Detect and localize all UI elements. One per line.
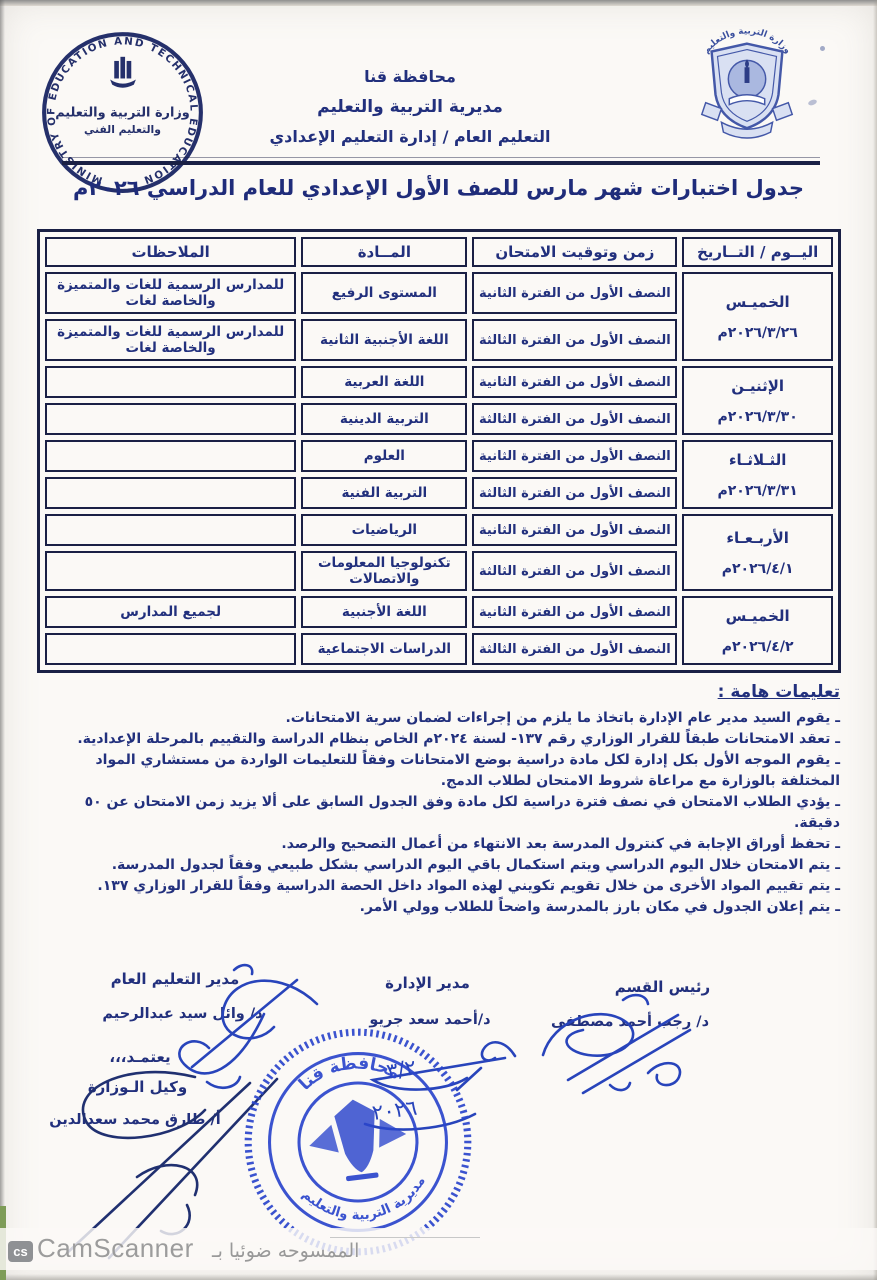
exam-subject-cell: اللغة الأجنبية [301, 596, 467, 628]
exam-subject-cell: التربية الدينية [301, 403, 467, 435]
exam-notes-cell: للمدارس الرسمية للغات والمتميزة والخاصة … [45, 272, 296, 314]
exam-subject-cell: تكنولوجيا المعلومات والاتصالات [301, 551, 467, 591]
seal-center-text: وزارة التربية والتعليم [55, 106, 190, 121]
exam-time-cell: النصف الأول من الفترة الثالثة [472, 551, 677, 591]
seal-center-text-2: والتعليم الفني [84, 123, 161, 136]
svg-text:محافظة قنا: محافظة قنا [293, 1048, 406, 1096]
col-header-notes: الملاحظات [45, 237, 296, 267]
stamp-top-arc-text: محافظة قنا [293, 1048, 406, 1096]
exam-time-cell: النصف الأول من الفترة الثالثة [472, 633, 677, 665]
exam-row: الأربـعـاء٢٠٢٦/٤/١مالنصف الأول من الفترة… [45, 514, 833, 546]
exam-notes-cell: لجميع المدارس [45, 596, 296, 628]
camscanner-brand-text: CamScanner [37, 1233, 194, 1264]
exam-time-cell: النصف الأول من الفترة الثانية [472, 514, 677, 546]
exam-row: الثـلاثـاء٢٠٢٦/٣/٣١مالنصف الأول من الفتر… [45, 440, 833, 472]
exam-time-cell: النصف الأول من الفترة الثالثة [472, 477, 677, 509]
scan-edge-left [0, 0, 5, 1280]
ministry-emblem-logo: وزارة التربية والتعليم [688, 20, 806, 144]
sig-title-directorate-manager: مدير الإدارة [355, 974, 500, 992]
exam-notes-cell [45, 633, 296, 665]
day-date: ٢٠٢٦/٣/٣٠م [687, 409, 828, 425]
exam-time-cell: النصف الأول من الفترة الثانية [472, 366, 677, 398]
scan-edge-right [873, 0, 877, 1280]
exam-time-cell: النصف الأول من الفترة الثالثة [472, 403, 677, 435]
day-date-cell: الثـلاثـاء٢٠٢٦/٣/٣١م [682, 440, 833, 509]
instruction-item: ـ تعقد الامتحانات طبقاً للقرار الوزاري ر… [40, 729, 840, 750]
instruction-item: ـ يتم إعلان الجدول في مكان بارز بالمدرسة… [40, 897, 840, 918]
exam-time-cell: النصف الأول من الفترة الثانية [472, 272, 677, 314]
col-header-subject: المــادة [301, 237, 467, 267]
exam-notes-cell [45, 514, 296, 546]
seal-eagle-icon [110, 57, 136, 88]
exam-notes-cell [45, 403, 296, 435]
department-line: التعليم العام / إدارة التعليم الإعدادي [235, 122, 585, 152]
signature-department-head [528, 985, 718, 1115]
exam-time-cell: النصف الأول من الفترة الثانية [472, 596, 677, 628]
scan-edge-top [0, 0, 877, 6]
day-name: الأربـعـاء [687, 529, 828, 547]
day-date: ٢٠٢٦/٣/٣١م [687, 483, 828, 499]
scan-edge-bottom [0, 1274, 877, 1280]
day-date-cell: الأربـعـاء٢٠٢٦/٤/١م [682, 514, 833, 591]
instruction-item: ـ يقوم الموجه الأول بكل إدارة لكل مادة د… [40, 750, 840, 792]
day-date-cell: الخميـس٢٠٢٦/٤/٢م [682, 596, 833, 665]
exam-schedule-table-wrap: اليــوم / التــاريخ زمن وتوقيت الامتحان … [37, 229, 841, 673]
camscanner-arabic-text: الممسوحه ضوئيا بـ [212, 1240, 359, 1262]
exam-notes-cell [45, 477, 296, 509]
exam-time-cell: النصف الأول من الفترة الثالثة [472, 319, 677, 361]
pen-mark [820, 46, 825, 51]
day-name: الثـلاثـاء [687, 451, 828, 469]
instruction-item: ـ تحفظ أوراق الإجابة في كنترول المدرسة ب… [40, 834, 840, 855]
day-name: الخميـس [687, 607, 828, 625]
day-date: ٢٠٢٦/٣/٢٦م [687, 325, 828, 341]
exam-row: الخميـس٢٠٢٦/٣/٢٦مالنصف الأول من الفترة ا… [45, 272, 833, 314]
exam-subject-cell: اللغة العربية [301, 366, 467, 398]
exam-subject-cell: الرياضيات [301, 514, 467, 546]
exam-notes-cell: للمدارس الرسمية للغات والمتميزة والخاصة … [45, 319, 296, 361]
emblem-shield-icon [702, 44, 792, 138]
exam-subject-cell: اللغة الأجنبية الثانية [301, 319, 467, 361]
instruction-item: ـ يتم الامتحان خلال اليوم الدراسي ويتم ا… [40, 855, 840, 876]
camscanner-logo-icon: cs [8, 1241, 33, 1262]
divider [62, 161, 820, 165]
day-name: الإثنيـن [687, 377, 828, 395]
directorate-line: مديرية التربية والتعليم [235, 92, 585, 122]
exam-subject-cell: التربية الفنية [301, 477, 467, 509]
exam-notes-cell [45, 366, 296, 398]
table-header-row: اليــوم / التــاريخ زمن وتوقيت الامتحان … [45, 237, 833, 267]
exam-notes-cell [45, 551, 296, 591]
header-org-block: محافظة قنا مديرية التربية والتعليم التعل… [235, 62, 585, 152]
day-date-cell: الخميـس٢٠٢٦/٣/٢٦م [682, 272, 833, 361]
instructions-heading: تعليمات هامة : [40, 682, 840, 702]
page-title: جدول اختبارات شهر مارس للصف الأول الإعدا… [40, 176, 837, 200]
col-header-time: زمن وتوقيت الامتحان [472, 237, 677, 267]
divider-echo [62, 157, 820, 158]
exam-row: الخميـس٢٠٢٦/٤/٢مالنصف الأول من الفترة ال… [45, 596, 833, 628]
exam-subject-cell: المستوى الرفيع [301, 272, 467, 314]
day-date: ٢٠٢٦/٤/٢م [687, 639, 828, 655]
exam-subject-cell: العلوم [301, 440, 467, 472]
instructions-section: تعليمات هامة : ـ يقوم السيد مدير عام الإ… [40, 682, 840, 918]
stamp-eagle-icon [304, 1094, 411, 1186]
exam-row: الإثنيـن٢٠٢٦/٣/٣٠مالنصف الأول من الفترة … [45, 366, 833, 398]
ministry-seal-logo: MINISTRY OF EDUCATION AND TECHNICAL EDUC… [40, 30, 205, 195]
watermark-line [330, 1237, 480, 1238]
instruction-item: ـ يقوم السيد مدير عام الإدارة باتخاذ ما … [40, 708, 840, 729]
instruction-item: ـ يتم تقييم المواد الأخرى من خلال تقويم … [40, 876, 840, 897]
governorate-line: محافظة قنا [235, 62, 585, 92]
instruction-item: ـ يؤدي الطلاب الامتحان في نصف فترة دراسي… [40, 792, 840, 834]
day-date-cell: الإثنيـن٢٠٢٦/٣/٣٠م [682, 366, 833, 435]
exam-notes-cell [45, 440, 296, 472]
col-header-day-date: اليــوم / التــاريخ [682, 237, 833, 267]
instructions-list: ـ يقوم السيد مدير عام الإدارة باتخاذ ما … [40, 708, 840, 918]
day-date: ٢٠٢٦/٤/١م [687, 561, 828, 577]
exam-time-cell: النصف الأول من الفترة الثانية [472, 440, 677, 472]
exam-subject-cell: الدراسات الاجتماعية [301, 633, 467, 665]
exam-schedule-table: اليــوم / التــاريخ زمن وتوقيت الامتحان … [40, 232, 838, 670]
day-name: الخميـس [687, 293, 828, 311]
